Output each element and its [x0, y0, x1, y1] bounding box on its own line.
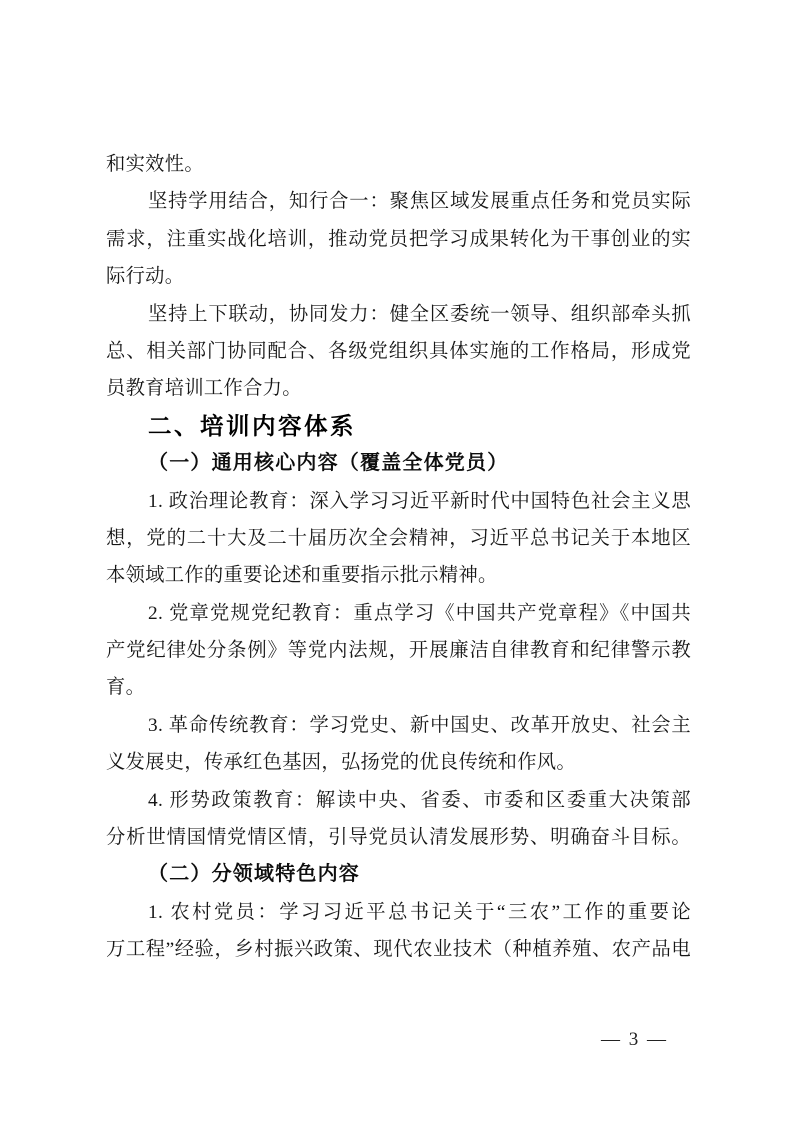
text-line: 员教育培训工作合力。	[106, 370, 691, 407]
text-line: 万工程”经验，乡村振兴政策、现代农业技术（种植养殖、农产品电	[106, 931, 691, 968]
text-line: 1. 政治理论教育：深入学习习近平新时代中国特色社会主义思	[106, 483, 691, 520]
text-line: 4. 形势政策教育：解读中央、省委、市委和区委重大决策部署，	[106, 782, 691, 819]
text-line: 坚持上下联动，协同发力：健全区委统一领导、组织部牵头抓	[106, 296, 691, 333]
text-line: 3. 革命传统教育：学习党史、新中国史、改革开放史、社会主	[106, 707, 691, 744]
text-line: 育。	[106, 669, 691, 706]
page-number: — 3 —	[0, 1028, 668, 1052]
text-line: 本领域工作的重要论述和重要指示批示精神。	[106, 557, 691, 594]
text-line: 坚持学用结合，知行合一：聚焦区域发展重点任务和党员实际	[106, 183, 691, 220]
text-line: 想，党的二十大及二十届历次全会精神，习近平总书记关于本地区	[106, 520, 691, 557]
document-body: 和实效性。 坚持学用结合，知行合一：聚焦区域发展重点任务和党员实际 需求，注重实…	[106, 146, 691, 969]
text-line: 需求，注重实战化培训，推动党员把学习成果转化为干事创业的实	[106, 221, 691, 258]
text-line: 产党纪律处分条例》等党内法规，开展廉洁自律教育和纪律警示教	[106, 632, 691, 669]
subsection-heading: （一）通用核心内容（覆盖全体党员）	[106, 445, 691, 482]
section-heading: 二、培训内容体系	[106, 408, 691, 445]
text-line: 总、相关部门协同配合、各级党组织具体实施的工作格局，形成党	[106, 333, 691, 370]
text-line: 1. 农村党员：学习习近平总书记关于“三农”工作的重要论述，“千	[106, 894, 691, 931]
text-line: 分析世情国情党情区情，引导党员认清发展形势、明确奋斗目标。	[106, 819, 691, 856]
text-line: 2. 党章党规党纪教育：重点学习《中国共产党章程》《中国共	[106, 595, 691, 632]
text-line: 义发展史，传承红色基因，弘扬党的优良传统和作风。	[106, 744, 691, 781]
document-page: 和实效性。 坚持学用结合，知行合一：聚焦区域发展重点任务和党员实际 需求，注重实…	[0, 0, 793, 1122]
text-line: 和实效性。	[106, 146, 691, 183]
text-line: 际行动。	[106, 258, 691, 295]
subsection-heading: （二）分领域特色内容	[106, 856, 691, 893]
